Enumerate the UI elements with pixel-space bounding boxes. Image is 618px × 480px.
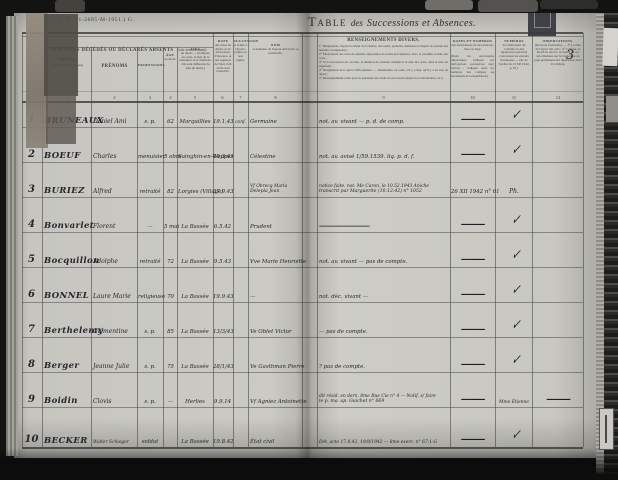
cell-dates-numeros: ——— <box>451 396 494 405</box>
col-number: 9 <box>319 95 448 100</box>
cell-nom: BURIEZ <box>44 187 90 196</box>
cell-dates-numeros: ——— <box>451 221 494 230</box>
cell-prenoms: Laure Marie <box>93 294 136 300</box>
cell-prenoms: Charles <box>93 154 136 160</box>
cell-age: 85 <box>164 330 177 335</box>
cell-lieu: La Bassée <box>178 365 212 370</box>
row-number: 5 <box>22 255 41 265</box>
check-mark: ✓ <box>497 246 534 269</box>
cell-date-actes: 13/3/43 <box>213 330 232 335</box>
cell-lieu: La Bassée <box>178 225 212 230</box>
cell-age: 62 <box>164 120 177 125</box>
check-mark: ✓ <box>497 106 534 129</box>
cell-dates-numeros: ——— <box>451 151 494 160</box>
row-number: 4 <box>22 220 41 230</box>
check-mark: ✓ <box>497 426 534 449</box>
cell-age: 5 obre <box>164 155 177 160</box>
cell-numeros-note: Mme Étienne <box>497 401 531 405</box>
cell-renseignements: not. av. vivant — pas de compte. <box>319 260 448 265</box>
cell-renseignements: dit résid. en dern. 8me Rue Cie n° 4 — N… <box>319 395 448 405</box>
cell-epoux: Ve Gasthman Pierre <box>250 365 301 370</box>
cell-profession: — <box>138 225 162 230</box>
col-number: 10 <box>451 95 494 100</box>
col-header-date-actes: DATE des actes de décès ou de déclaratio… <box>214 40 232 74</box>
col-header-dates-numeros: DATES ET NUMÉROS des déclarations de suc… <box>451 40 494 78</box>
page-tab <box>602 28 618 67</box>
background-object <box>478 0 538 12</box>
row-number: 2 <box>22 150 41 160</box>
cell-age: 75 <box>164 365 177 370</box>
row-number: 6 <box>22 290 41 300</box>
col-header-professions: PROFESSIONS <box>138 64 162 68</box>
cell-profession: s. p. <box>138 120 162 125</box>
cell-dates-numeros: ——— <box>451 436 494 445</box>
cell-dates-numeros: ——— <box>451 326 494 335</box>
check-mark: ✓ <box>497 316 534 339</box>
row-number: 7 <box>22 325 41 335</box>
row-number: 3 <box>22 185 41 195</box>
cell-dates-numeros: 26 XII 1942 n° 61 <box>451 190 494 195</box>
cell-lieu: La Bassée <box>178 295 212 300</box>
cell-epoux: Vf Agniez Antoinette <box>250 400 301 405</box>
cell-date-actes: 28/1/43 <box>213 365 232 370</box>
cell-profession: menuisier <box>138 155 162 160</box>
background-object <box>425 0 473 10</box>
paraph-mark: Ph. <box>497 189 531 195</box>
cell-dates-numeros: ——— <box>451 256 494 265</box>
col-header-observations: OBSERVATIONS. (Renvois éventuels.) — 1° … <box>534 40 582 67</box>
cell-prenoms: Florent <box>93 224 136 230</box>
col-number: 11 <box>497 95 531 100</box>
check-mark: ✓ <box>497 281 534 304</box>
cell-lieu: Sainghin-en-Weppes <box>178 155 212 160</box>
col-number: 2 <box>93 95 136 100</box>
cell-renseignements: not. av. avisé 1/59.1539. liq. p. d. f. <box>319 155 448 160</box>
cell-prenoms: Clovis <box>93 399 136 405</box>
col-number: 7 <box>233 95 248 100</box>
cell-date-actes: 19.8.42 <box>213 440 232 445</box>
col-header-lieu: LIEU du décès — (indiquer, en outre, le … <box>179 48 212 71</box>
cell-nom: Bonvarlet <box>44 222 90 231</box>
cell-renseignements: —————————— <box>319 224 448 230</box>
page-title: Table des Successions et Absences. <box>252 13 532 31</box>
page-title-des: des <box>351 18 363 28</box>
col-number: 6 <box>213 95 232 100</box>
cell-date-actes: 27.9.43 <box>213 190 232 195</box>
row-number: 10 <box>22 435 41 445</box>
col-number: 3 <box>138 95 162 100</box>
cell-epoux: Vf Obrecq MariaDelepla Jean <box>250 185 301 195</box>
page-fold-shadow <box>296 12 322 458</box>
cell-age: — <box>164 400 177 405</box>
cell-renseignements: not. déc. vivant — <box>319 295 448 300</box>
cell-renseignements: not. av. vivant — p. d. de comp. <box>319 120 448 125</box>
col-header-prenoms: PRÉNOMS <box>93 64 136 70</box>
cell-date-actes: 10.3.43 <box>213 155 232 160</box>
cell-prenoms: Walter Schieger <box>93 441 136 445</box>
check-mark: ✓ <box>497 351 534 374</box>
cell-lieu: Marquillies <box>178 120 212 125</box>
cell-renseignements: ? pas de compte. <box>319 365 448 370</box>
cell-profession: s. p. <box>138 330 162 335</box>
cell-observations: ——— <box>534 396 582 405</box>
background-object <box>540 0 598 9</box>
cell-dates-numeros: ——— <box>451 291 494 300</box>
cell-lieu: La Bassée <box>178 260 212 265</box>
cell-lieu: Herlies <box>178 400 212 405</box>
col-header-nom-epoux: NOM et demeure de l'époux survivant ou p… <box>250 44 301 55</box>
cell-nom: BONNEL <box>44 292 90 301</box>
col-number: 5 <box>178 95 212 100</box>
edge-label-sticker <box>599 408 614 450</box>
cell-age: 5 mai <box>164 225 177 230</box>
row-number: 9 <box>22 395 41 405</box>
background-object <box>55 0 85 12</box>
cell-profession: retraité <box>138 190 162 195</box>
cell-epoux: Germaine <box>250 120 301 125</box>
cell-nom: BOEUF <box>44 152 90 161</box>
repair-tape-dark <box>46 96 76 144</box>
cell-dates-numeros: ——— <box>451 361 494 370</box>
col-header-renseignements: RENSEIGNEMENTS DIVERS. 1° Désignation, d… <box>319 38 448 80</box>
cell-epoux: — <box>250 295 301 300</box>
cell-profession: soldat <box>138 440 162 445</box>
cell-renseignements: — pas de compte. <box>319 330 448 335</box>
col-header-numeros: NUMÉROS de l'indicateur du contrôle ou d… <box>497 40 531 70</box>
cell-nom: BECKER <box>44 437 90 446</box>
cell-age: 72 <box>164 260 177 265</box>
cell-date-actes: 6.5.42 <box>213 225 232 230</box>
page-tab-small <box>606 96 618 122</box>
cell-lieu: La Bassée <box>178 440 212 445</box>
check-mark: ✓ <box>497 211 534 234</box>
photo-bottom-shadow <box>0 448 618 480</box>
cell-epoux: Prudent <box>250 225 301 230</box>
cell-age: 70 <box>164 295 177 300</box>
cell-nom: Bocquillon <box>44 257 90 266</box>
cell-profession: s. p. <box>138 400 162 405</box>
cell-dates-numeros: ——— <box>451 116 494 125</box>
cell-profession: religieuse <box>138 295 162 300</box>
col-header-age: ÂGE au décès <box>163 54 177 62</box>
check-mark: ✓ <box>497 141 534 164</box>
cell-date-actes: 19.1.43 <box>213 120 232 125</box>
page-title-rest: Successions et Absences. <box>367 18 476 29</box>
cell-date-actes: 19.9.43 <box>213 295 232 300</box>
cell-nom: Berger <box>44 362 90 371</box>
cell-renseignements: notice faite, not. Me Caron, le 10.52.19… <box>319 185 448 195</box>
cell-epoux: Ve Oblet Victor <box>250 330 301 335</box>
cell-date-actes: 9.9.14 <box>213 400 232 405</box>
col-number: 4 <box>164 95 177 100</box>
cell-profession: s. p. <box>138 365 162 370</box>
col-number: 8 <box>250 95 301 100</box>
cell-prenoms: Adolphe <box>93 259 136 265</box>
cell-nom: Berthelemy <box>44 327 90 336</box>
cell-age: 82 <box>164 190 177 195</box>
cell-lieu: La Bassée <box>178 330 212 335</box>
cell-epoux: Vve Marie Henriette <box>250 260 301 265</box>
cell-date-actes: 9.5.43 <box>213 260 232 265</box>
cell-renseignements: Dét. acte 17.8.42, 19/8/1942 — 8me exerc… <box>319 441 448 445</box>
cell-epoux: Célestine <box>250 155 301 160</box>
book-fore-edge-pages <box>596 8 604 474</box>
cell-prenoms: Alfred <box>93 189 136 195</box>
cell-nom: Boidin <box>44 397 90 406</box>
cell-prenoms: Clémentine <box>93 329 136 335</box>
cell-lieu: Lorgies (Village) <box>178 190 212 195</box>
cell-prenoms: Daniel Ami <box>93 119 136 125</box>
cell-succession: conf. <box>233 121 248 125</box>
cell-epoux: État civil <box>250 440 301 445</box>
col-header-succession: SUCCESSION si échue à l'époux, réglée ou… <box>234 40 247 63</box>
row-number: 8 <box>22 360 41 370</box>
col-number: 12 <box>534 95 582 100</box>
register-scan-photo: Nord. — (J. H. 11-2685-M-1951.) G. Table… <box>0 0 618 480</box>
cell-prenoms: Jeanne Julie <box>93 364 136 370</box>
cell-profession: retraité <box>138 260 162 265</box>
repair-tape-dark <box>44 14 78 96</box>
